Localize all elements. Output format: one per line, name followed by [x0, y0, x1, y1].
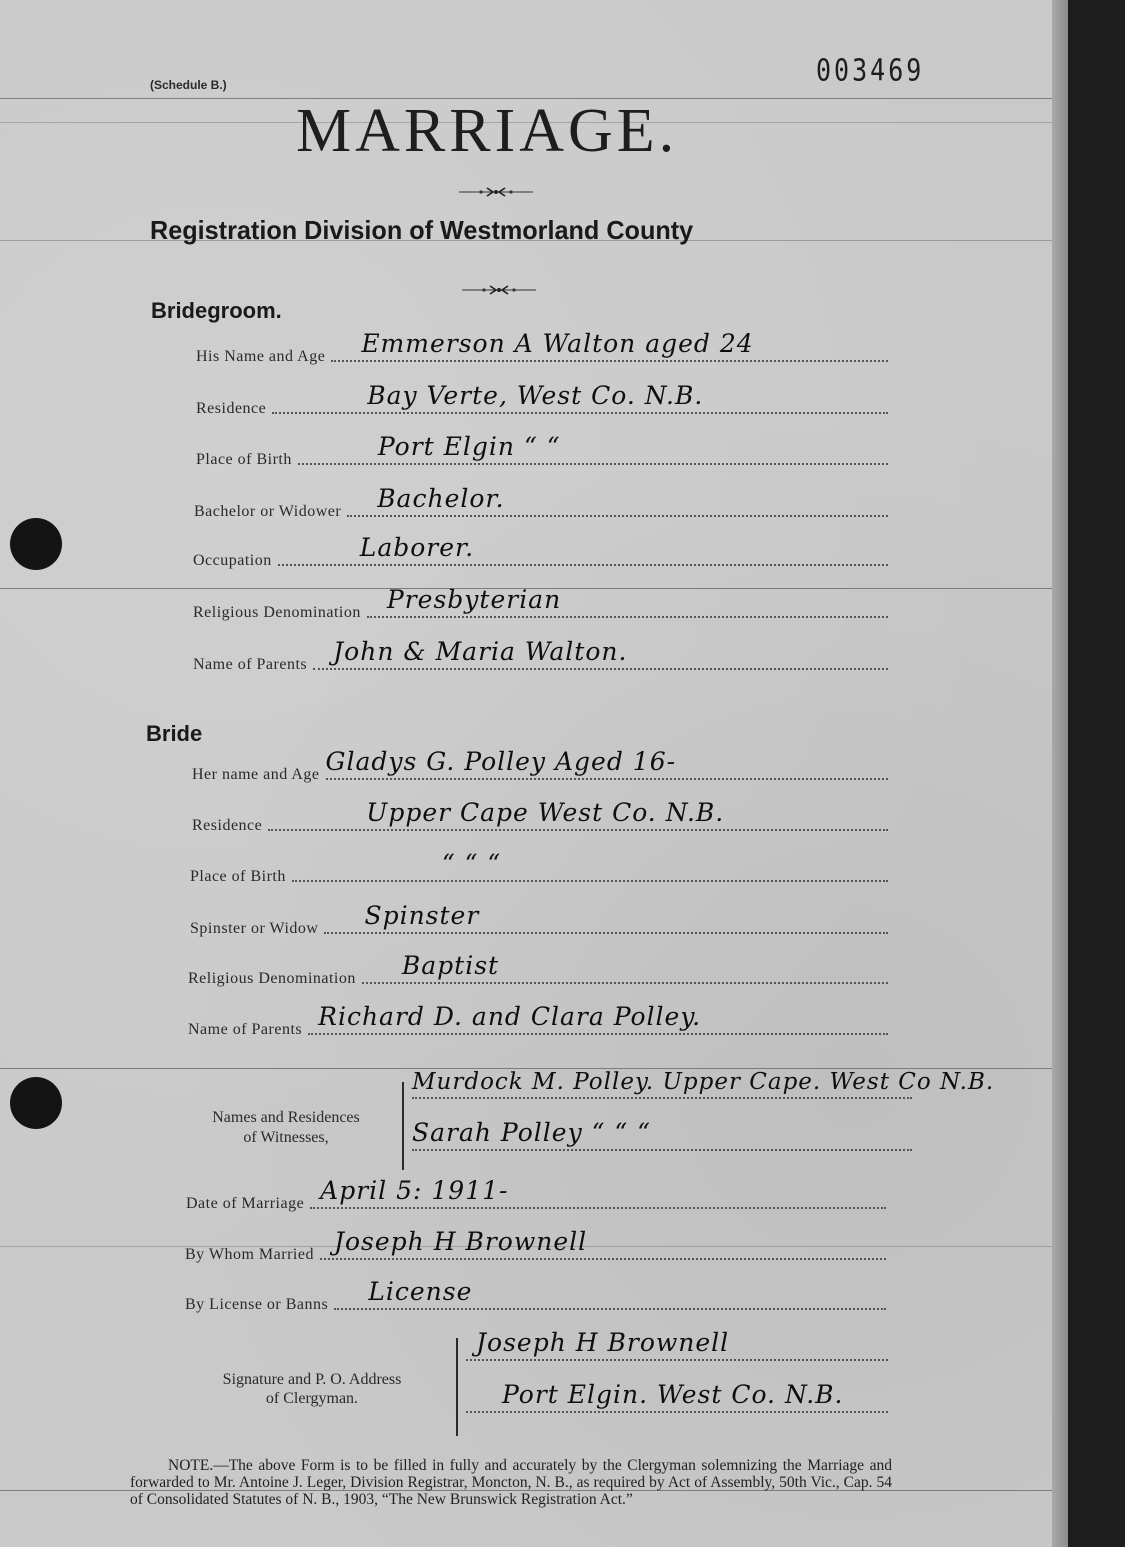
- witness-row-2: Sarah Polley “ “ “: [412, 1148, 912, 1155]
- witness-bracket: [402, 1082, 404, 1170]
- punch-hole: [10, 518, 62, 570]
- bride-marital-status-row: Spinster or Widow Spinster: [190, 920, 888, 938]
- bride-religion-row: Religious Denomination Baptist: [188, 970, 888, 988]
- groom-occupation-value: Laborer.: [360, 533, 474, 562]
- scan-background: [1068, 0, 1125, 1547]
- field-label: Occupation: [193, 552, 272, 570]
- groom-religion-row: Religious Denomination Presbyterian: [193, 604, 888, 622]
- groom-name-age-row: His Name and Age Emmerson A Walton aged …: [196, 348, 888, 366]
- field-label: Bachelor or Widower: [194, 503, 341, 521]
- groom-name-age-value: Emmerson A Walton aged 24: [361, 329, 753, 358]
- groom-occupation-row: Occupation Laborer.: [193, 552, 888, 570]
- clergyman-signature-row: Joseph H Brownell: [466, 1358, 888, 1365]
- field-label: His Name and Age: [196, 348, 325, 366]
- witness-2-value: Sarah Polley “ “ “: [412, 1118, 651, 1147]
- form-note: NOTE.—The above Form is to be filled in …: [130, 1457, 892, 1508]
- groom-residence-row: Residence Bay Verte, West Co. N.B.: [196, 400, 888, 418]
- groom-religion-value: Presbyterian: [387, 585, 561, 614]
- ornament-divider-icon: [462, 284, 536, 296]
- bride-name-age-row: Her name and Age Gladys G. Polley Aged 1…: [192, 766, 888, 784]
- field-label: Residence: [196, 400, 266, 418]
- field-label: Religious Denomination: [193, 604, 361, 622]
- groom-birthplace-value: Port Elgin “ “: [378, 432, 561, 461]
- field-label: By Whom Married: [185, 1246, 314, 1264]
- bride-parents-row: Name of Parents Richard D. and Clara Pol…: [188, 1021, 888, 1039]
- groom-marital-status-row: Bachelor or Widower Bachelor.: [194, 503, 888, 521]
- license-or-banns-value: License: [368, 1277, 472, 1306]
- bride-parents-value: Richard D. and Clara Polley.: [318, 1002, 701, 1031]
- groom-residence-value: Bay Verte, West Co. N.B.: [367, 381, 703, 410]
- by-whom-married-row: By Whom Married Joseph H Brownell: [185, 1246, 886, 1264]
- bride-residence-row: Residence Upper Cape West Co. N.B.: [192, 817, 888, 835]
- clergyman-address-row: Port Elgin. West Co. N.B.: [466, 1410, 888, 1417]
- bride-religion-value: Baptist: [402, 951, 499, 980]
- bride-residence-value: Upper Cape West Co. N.B.: [366, 798, 724, 827]
- bride-birthplace-value: “ “ “: [442, 849, 501, 878]
- clergyman-signature-value: Joseph H Brownell: [476, 1328, 729, 1357]
- groom-birthplace-row: Place of Birth Port Elgin “ “: [196, 451, 888, 469]
- bride-name-age-value: Gladys G. Polley Aged 16-: [326, 747, 677, 776]
- date-of-marriage-row: Date of Marriage April 5: 1911-: [186, 1195, 886, 1213]
- bride-heading: Bride: [146, 721, 202, 747]
- schedule-label: (Schedule B.): [150, 78, 227, 92]
- registration-division-heading: Registration Division of Westmorland Cou…: [150, 215, 693, 246]
- marriage-record-page: (Schedule B.) 003469 MARRIAGE. Registrat…: [0, 0, 1068, 1547]
- clergyman-label: Signature and P. O. Address of Clergyman…: [180, 1370, 444, 1408]
- field-label: Name of Parents: [193, 656, 307, 674]
- by-whom-married-value: Joseph H Brownell: [334, 1227, 587, 1256]
- bride-marital-status-value: Spinster: [364, 901, 479, 930]
- field-label: By License or Banns: [185, 1296, 328, 1314]
- clergyman-bracket: [456, 1338, 458, 1436]
- bridegroom-heading: Bridegroom.: [151, 298, 282, 324]
- page-edge: [1052, 0, 1068, 1547]
- field-label: Date of Marriage: [186, 1195, 304, 1213]
- field-label: Place of Birth: [196, 451, 292, 469]
- clergyman-address-value: Port Elgin. West Co. N.B.: [502, 1380, 844, 1409]
- groom-parents-value: John & Maria Walton.: [333, 637, 627, 666]
- license-or-banns-row: By License or Banns License: [185, 1296, 886, 1314]
- field-label: Name of Parents: [188, 1021, 302, 1039]
- witness-row-1: Murdock M. Polley. Upper Cape. West Co N…: [412, 1096, 912, 1103]
- date-of-marriage-value: April 5: 1911-: [320, 1176, 508, 1205]
- witness-1-value: Murdock M. Polley. Upper Cape. West Co N…: [412, 1069, 994, 1095]
- field-label: Residence: [192, 817, 262, 835]
- groom-parents-row: Name of Parents John & Maria Walton.: [193, 656, 888, 674]
- field-label: Place of Birth: [190, 868, 286, 886]
- bride-birthplace-row: Place of Birth “ “ “: [190, 868, 888, 886]
- ornament-divider-icon: [459, 186, 533, 198]
- witnesses-label: Names and Residences of Witnesses,: [186, 1108, 386, 1148]
- serial-number: 003469: [816, 53, 924, 88]
- punch-hole: [10, 1077, 62, 1129]
- document-title: MARRIAGE.: [296, 96, 678, 167]
- field-label: Spinster or Widow: [190, 920, 318, 938]
- groom-marital-status-value: Bachelor.: [377, 484, 504, 513]
- field-label: Religious Denomination: [188, 970, 356, 988]
- field-label: Her name and Age: [192, 766, 320, 784]
